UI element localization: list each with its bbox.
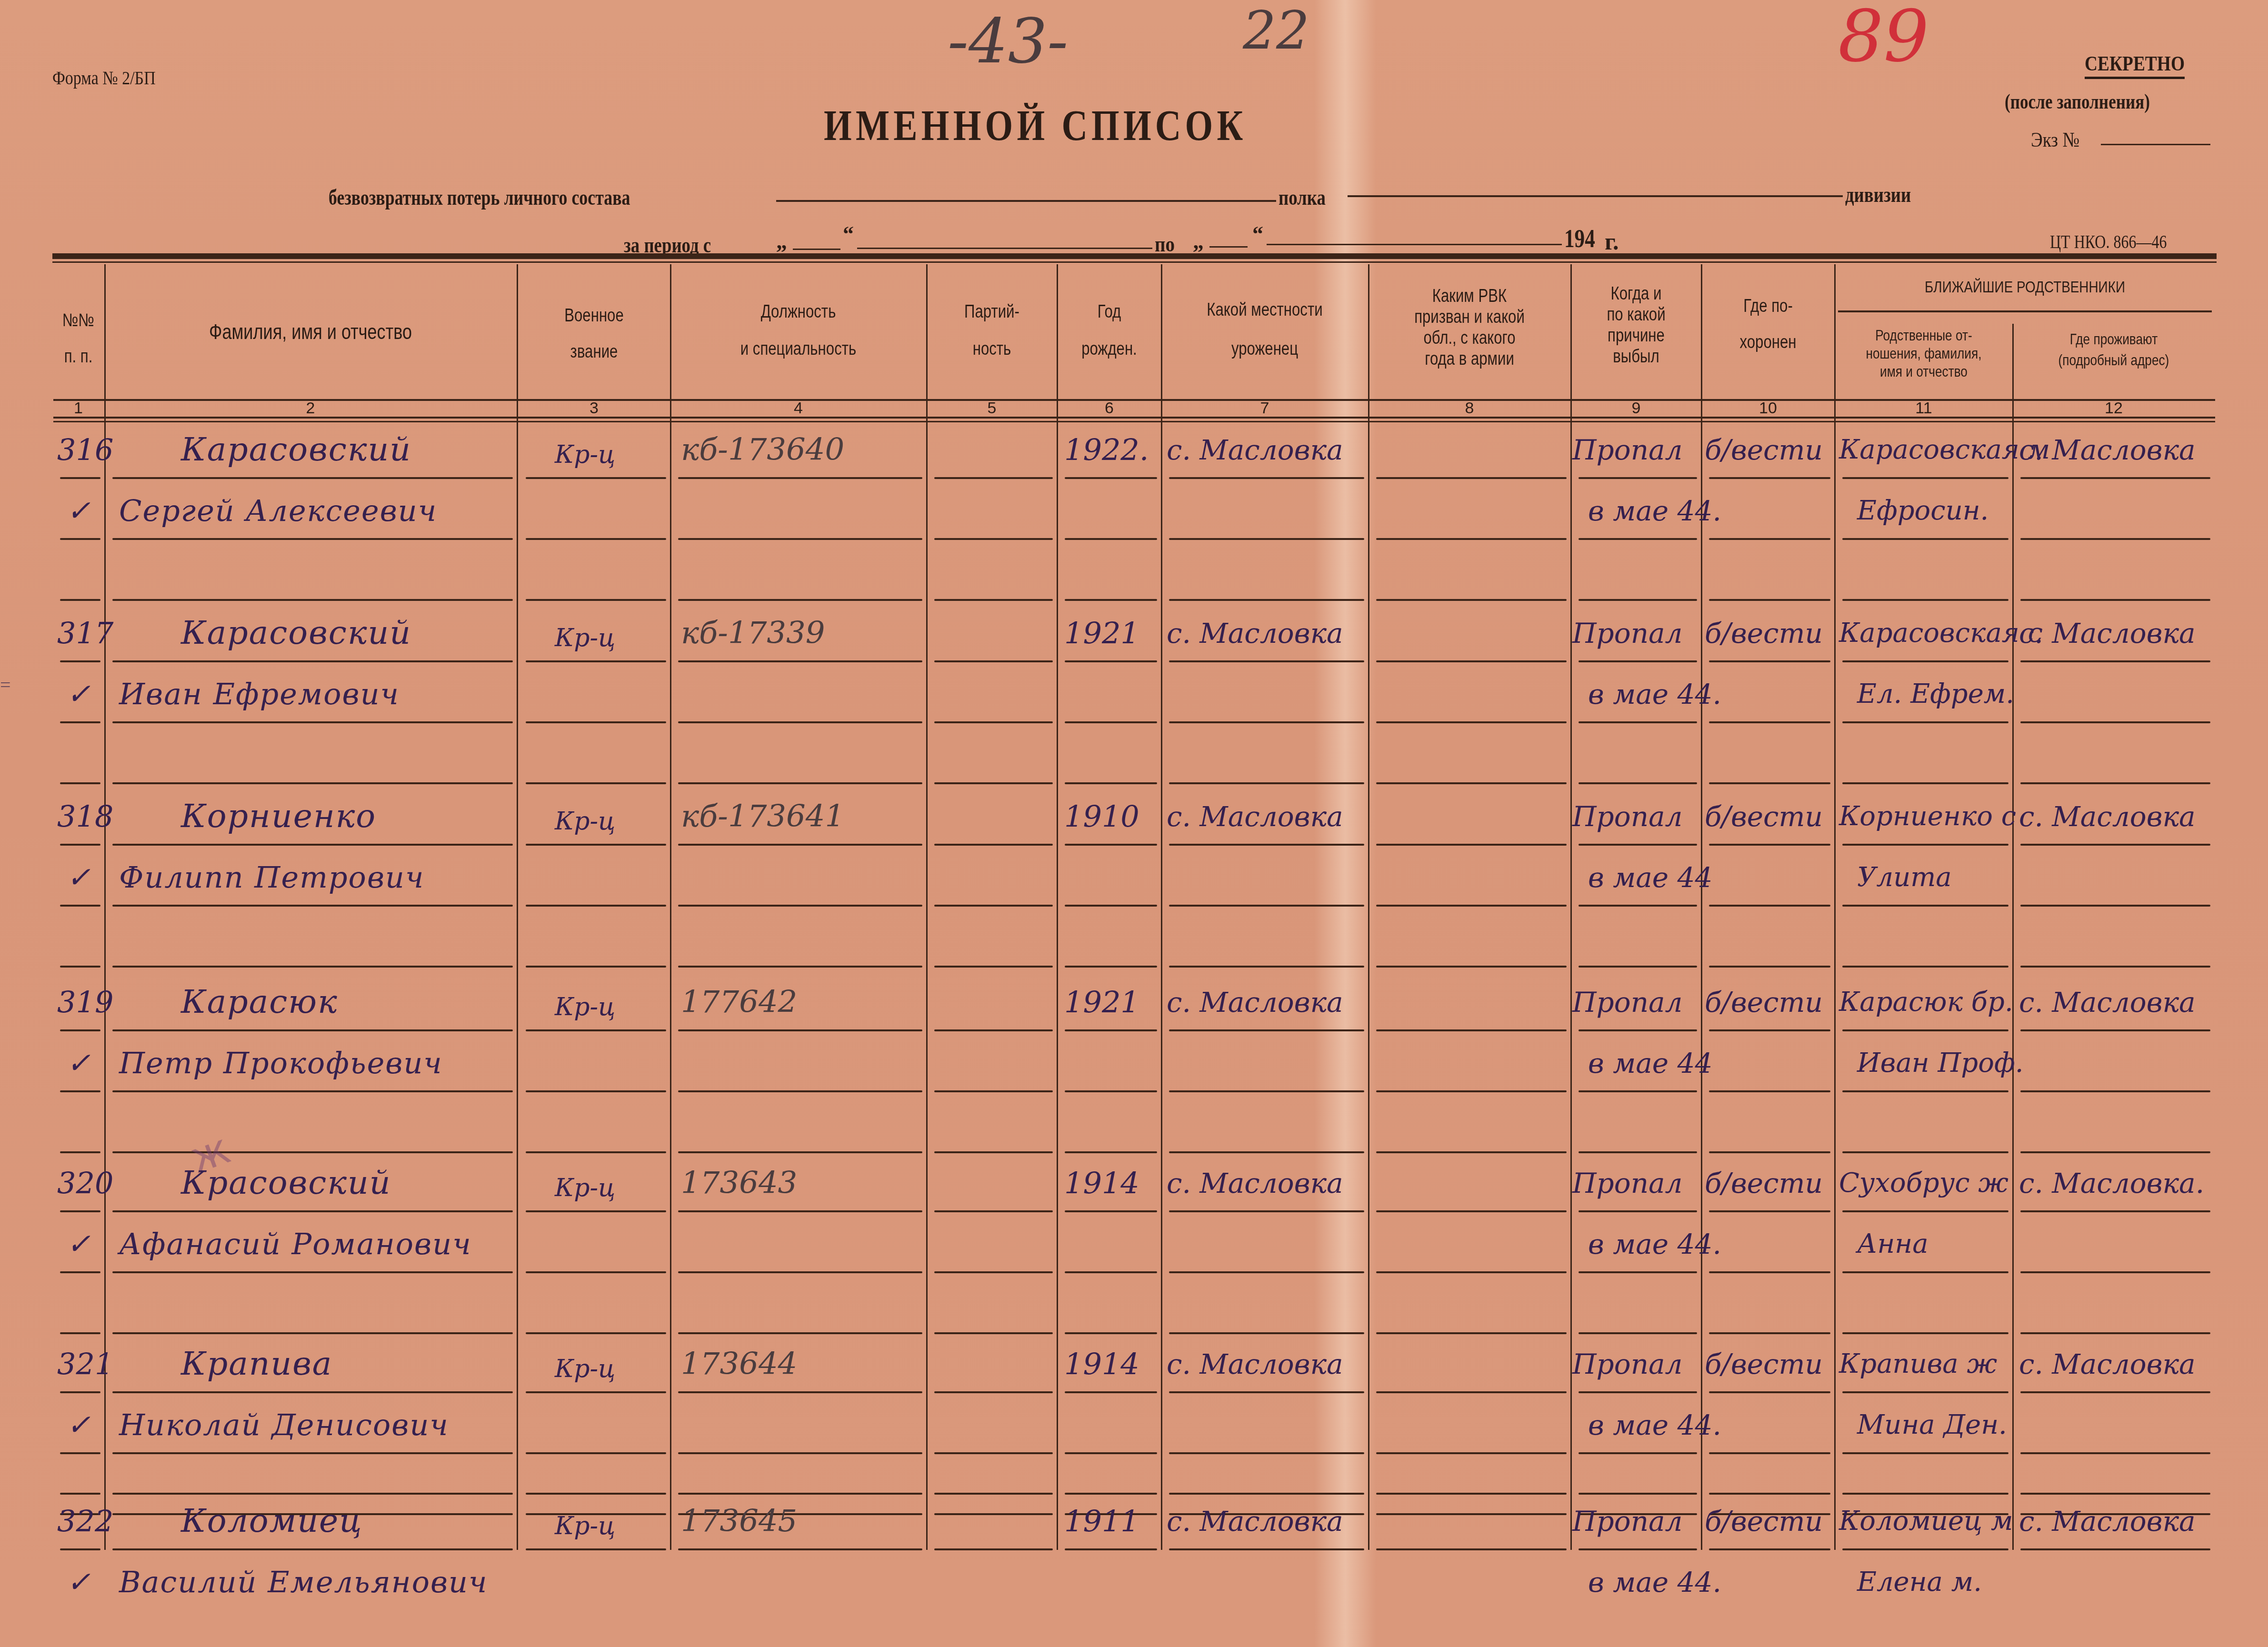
quote-open: „ (776, 229, 787, 254)
row-rule (526, 1151, 666, 1153)
row-rule (112, 721, 513, 723)
burial-place: б/вести (1705, 800, 1823, 833)
row-rule (1709, 1090, 1830, 1092)
row-rule (1169, 966, 1364, 968)
row-rule (1709, 1332, 1830, 1334)
row-rule (1376, 1513, 1567, 1515)
header-col-2: Фамилия, имя и отчество (142, 321, 478, 343)
row-rule (1579, 905, 1697, 907)
row-rule (1579, 1332, 1697, 1334)
row-rule (678, 660, 922, 662)
col-divider (2012, 324, 2014, 1550)
header-text: призван и какой (1388, 307, 1551, 328)
row-rule (1579, 1210, 1697, 1212)
birth-year: 1914 (1064, 1348, 1139, 1381)
military-rank: Кр-ц (555, 1171, 615, 1205)
position-number: 173644 (681, 1348, 797, 1381)
row-rule (1169, 538, 1364, 540)
row-rule (1709, 1391, 1830, 1393)
row-rule (678, 1090, 922, 1092)
row-rule (112, 538, 513, 540)
row-rule (1065, 1391, 1157, 1393)
row-rule (934, 1029, 1053, 1031)
row-rule (1065, 599, 1157, 601)
row-rule (1065, 1090, 1157, 1092)
row-rule (526, 905, 666, 907)
position-number: 177642 (681, 986, 797, 1019)
row-rule (1709, 1452, 1830, 1454)
row-rule (1842, 721, 2008, 723)
row-rule (1842, 905, 2008, 907)
header-text: года в армии (1388, 349, 1551, 369)
row-rule (526, 660, 666, 662)
check-mark: ✓ (67, 1047, 90, 1080)
relative-name: Коломиец м (1839, 1505, 2013, 1538)
secret-label: СЕКРЕТНО (2085, 51, 2185, 79)
row-rule (2020, 1332, 2210, 1334)
row-rule (112, 1151, 513, 1153)
row-rule (1579, 599, 1697, 601)
division-label: дивизии (1845, 182, 1911, 207)
row-rule (1709, 905, 1830, 907)
row-rule (1065, 1332, 1157, 1334)
row-rule (678, 1210, 922, 1212)
period-to-day-field[interactable] (1209, 246, 1248, 248)
row-rule (1579, 721, 1697, 723)
row-rule (1065, 477, 1157, 479)
row-rule (526, 1271, 666, 1273)
row-rule (526, 721, 666, 723)
group-header-relatives: БЛИЖАЙШИЕ РОДСТВЕННИКИ (1870, 276, 2180, 298)
row-rule (1169, 1210, 1364, 1212)
loss-date: в мае 44. (1588, 1566, 1721, 1599)
header-col-4: Должностьи специальность (694, 301, 902, 360)
header-col-5: Партий-ность (939, 301, 1044, 360)
header-col-9: Когда ипо какойпричиневыбыл (1583, 283, 1689, 367)
row-rule (2020, 1452, 2210, 1454)
position-number: 173645 (681, 1505, 797, 1538)
row-rule (678, 1452, 922, 1454)
row-rule (1169, 660, 1364, 662)
row-rule (1065, 905, 1157, 907)
given-name-patronymic: Афанасий Романович (119, 1228, 472, 1261)
row-rule (1709, 1271, 1830, 1273)
position-number: кб-173640 (681, 433, 844, 467)
row-rule (934, 1493, 1053, 1495)
row-rule (1169, 1391, 1364, 1393)
row-rule (934, 599, 1053, 601)
col-divider (1570, 264, 1572, 1550)
row-rule (1709, 1493, 1830, 1495)
row-rule (1709, 966, 1830, 968)
birth-year: 1911 (1064, 1505, 1139, 1538)
relative-name: Сухобрус ж (1839, 1167, 2008, 1200)
copy-number-field[interactable] (2101, 144, 2210, 145)
header-double-rule (53, 421, 2215, 422)
birthplace: с. Масловка (1167, 986, 1343, 1019)
birthplace: с. Масловка (1167, 1348, 1343, 1381)
row-rule (1169, 1548, 1364, 1550)
header-col-12: Где проживают(подробный адрес) (2032, 329, 2196, 370)
col-divider (670, 264, 671, 1550)
row-rule (1376, 844, 1567, 846)
row-rule (526, 1391, 666, 1393)
birthplace: с. Масловка (1167, 1505, 1343, 1538)
row-rule (1169, 1029, 1364, 1031)
loss-date: в мае 44 (1588, 861, 1712, 894)
row-rule (934, 1151, 1053, 1153)
row-rule (1579, 782, 1697, 784)
row-rule (678, 966, 922, 968)
row-rule (60, 782, 100, 784)
row-rule (678, 1391, 922, 1393)
relative-address: с. Масловка (2019, 1348, 2196, 1381)
row-rule (1376, 1332, 1567, 1334)
row-rule (2020, 1210, 2210, 1212)
archive-ref-mark-2: 22 (1243, 0, 1309, 61)
loss-date: в мае 44. (1588, 1408, 1721, 1442)
row-rule (1169, 905, 1364, 907)
header-text: и специальность (694, 338, 902, 360)
row-rule (1842, 782, 2008, 784)
row-rule (526, 1090, 666, 1092)
row-rule (2020, 1029, 2210, 1031)
row-rule (112, 1548, 513, 1550)
row-rule (1842, 966, 2008, 968)
surname: Карасовский (181, 433, 411, 467)
row-rule (60, 1391, 100, 1393)
header-text: рожден. (1067, 338, 1151, 360)
header-text: хоронен (1714, 331, 1822, 353)
row-rule (1065, 1151, 1157, 1153)
loss-status: Пропал (1572, 1348, 1683, 1381)
row-rule (1376, 1090, 1567, 1092)
row-rule (1065, 1452, 1157, 1454)
military-rank: Кр-ц (555, 990, 615, 1024)
row-rule (1709, 1210, 1830, 1212)
row-rule (1169, 599, 1364, 601)
row-rule (2020, 1391, 2210, 1393)
row-rule (112, 1210, 513, 1212)
page-title: ИМЕННОЙ СПИСОК (824, 100, 1247, 150)
loss-date: в мае 44 (1588, 1047, 1712, 1080)
row-rule (526, 782, 666, 784)
relative-name: Карасовская с (1839, 617, 2043, 650)
row-rule (60, 1271, 100, 1273)
row-rule (1065, 1029, 1157, 1031)
row-rule (934, 1513, 1053, 1515)
column-number: 8 (1369, 399, 1569, 418)
relative-address: с. Масловка (2019, 617, 2196, 650)
row-rule (112, 1090, 513, 1092)
row-rule (678, 1151, 922, 1153)
row-rule (1842, 1210, 2008, 1212)
row-rule (60, 477, 100, 479)
row-rule (112, 477, 513, 479)
row-rule (1169, 1090, 1364, 1092)
position-number: кб-173641 (681, 800, 844, 833)
row-rule (60, 660, 100, 662)
loss-status: Пропал (1572, 1505, 1683, 1538)
column-number: 9 (1572, 399, 1700, 418)
check-mark: ✓ (67, 1566, 90, 1599)
col-divider (517, 264, 518, 1550)
margin-mark: = (0, 674, 11, 696)
header-text: выбыл (1583, 346, 1689, 367)
row-rule (60, 1493, 100, 1495)
header-text: Какой местности (1181, 299, 1349, 321)
header-text: Военное (532, 305, 655, 327)
col-divider (1161, 264, 1162, 1550)
line1-blank-regiment[interactable] (1348, 195, 1843, 197)
row-rule (526, 1548, 666, 1550)
relative-address: с. Масловка (2019, 433, 2196, 467)
header-text: Родственные от- (1851, 326, 1996, 344)
loss-date: в мае 44. (1588, 678, 1721, 711)
row-rule (1579, 1452, 1697, 1454)
row-rule (112, 844, 513, 846)
row-rule (1579, 966, 1697, 968)
row-rule (1376, 721, 1567, 723)
relative-name: Карасюк бр. (1839, 986, 2013, 1019)
row-rule (1579, 844, 1697, 846)
row-rule (1709, 844, 1830, 846)
row-rule (60, 966, 100, 968)
column-number: 11 (1836, 399, 2012, 418)
header-text: (подробный адрес) (2032, 349, 2196, 370)
row-rule (678, 905, 922, 907)
row-rule (60, 599, 100, 601)
header-text: имя и отчество (1851, 362, 1996, 380)
surname: Красовский (181, 1167, 391, 1200)
row-rule (1376, 1210, 1567, 1212)
row-rule (1579, 1548, 1697, 1550)
header-text: ность (939, 338, 1044, 360)
row-rule (1169, 477, 1364, 479)
header-text: №№ (58, 309, 99, 331)
row-rule (112, 599, 513, 601)
relative-address: с. Масловка (2019, 1505, 2196, 1538)
row-rule (1169, 721, 1364, 723)
row-rule (526, 1332, 666, 1334)
row-rule (1579, 1391, 1697, 1393)
period-from-month-field[interactable] (857, 248, 1152, 249)
row-rule (934, 1271, 1053, 1273)
row-rule (112, 1452, 513, 1454)
row-rule (678, 844, 922, 846)
row-rule (60, 1452, 100, 1454)
column-number: 5 (928, 399, 1056, 418)
row-rule (678, 538, 922, 540)
row-rule (678, 1029, 922, 1031)
row-rule (1842, 660, 2008, 662)
archive-ref-mark: -43- (948, 5, 1068, 77)
relative-given-name: Ефросин. (1857, 494, 1988, 528)
given-name-patronymic: Петр Прокофьевич (119, 1047, 443, 1080)
birthplace: с. Масловка (1167, 800, 1343, 833)
row-rule (1065, 1548, 1157, 1550)
document-page: Форма № 2/БП -43- 22 89 ИМЕННОЙ СПИСОК С… (0, 0, 2268, 1647)
row-rule (60, 721, 100, 723)
row-rule (526, 1210, 666, 1212)
row-rule (2020, 966, 2210, 968)
row-rule (1376, 599, 1567, 601)
loss-status: Пропал (1572, 433, 1683, 467)
relative-address: с. Масловка. (2019, 1167, 2204, 1200)
column-number: 3 (519, 399, 669, 418)
row-rule (2020, 538, 2210, 540)
row-rule (1065, 1493, 1157, 1495)
birthplace: с. Масловка (1167, 617, 1343, 650)
row-rule (60, 1548, 100, 1550)
relative-given-name: Иван Проф. (1857, 1047, 2024, 1080)
row-rule (60, 905, 100, 907)
row-rule (1709, 538, 1830, 540)
surname: Корниенко (181, 800, 376, 833)
col-divider (926, 264, 928, 1550)
row-rule (1376, 1493, 1567, 1495)
row-rule (1842, 1151, 2008, 1153)
row-rule (1842, 1391, 2008, 1393)
copy-number-label: Экз № (2031, 128, 2079, 152)
row-rule (934, 844, 1053, 846)
row-rule (1169, 1271, 1364, 1273)
row-rule (60, 844, 100, 846)
row-rule (678, 1332, 922, 1334)
row-rule (60, 1090, 100, 1092)
given-name-patronymic: Иван Ефремович (119, 678, 400, 711)
row-rule (1709, 660, 1830, 662)
col-divider (1701, 264, 1702, 1550)
row-rule (112, 782, 513, 784)
burial-place: б/вести (1705, 1505, 1823, 1538)
row-rule (1842, 538, 2008, 540)
row-rule (112, 966, 513, 968)
birth-year: 1914 (1064, 1167, 1139, 1200)
row-rule (1842, 1548, 2008, 1550)
row-rule (1579, 477, 1697, 479)
header-col-7: Какой местностиуроженец (1181, 299, 1349, 360)
relative-name: Крапива ж (1839, 1348, 1997, 1381)
row-rule (526, 599, 666, 601)
military-rank: Кр-ц (555, 1352, 615, 1386)
col-divider (1834, 264, 1836, 1550)
row-rule (60, 1029, 100, 1031)
row-rule (934, 721, 1053, 723)
row-rule (934, 966, 1053, 968)
row-rule (1709, 782, 1830, 784)
row-rule (1579, 1151, 1697, 1153)
row-rule (1842, 1493, 2008, 1495)
birth-year: 1921 (1064, 986, 1139, 1019)
check-mark: ✓ (67, 1228, 90, 1261)
column-number: 4 (671, 399, 925, 418)
row-rule (934, 477, 1053, 479)
header-text: звание (532, 341, 655, 363)
column-number: 12 (2014, 399, 2214, 418)
row-rule (1842, 1029, 2008, 1031)
check-mark: ✓ (67, 861, 90, 894)
surname: Карасюк (181, 986, 338, 1019)
row-rule (1842, 477, 2008, 479)
line1-blank-unit[interactable] (776, 200, 1276, 202)
military-rank: Кр-ц (555, 805, 615, 838)
row-rule (678, 782, 922, 784)
row-rule (1579, 1271, 1697, 1273)
row-rule (526, 477, 666, 479)
quote-close-2: “ (1252, 221, 1263, 247)
row-rule (2020, 721, 2210, 723)
loss-status: Пропал (1572, 800, 1683, 833)
check-mark: ✓ (67, 494, 90, 528)
row-rule (1376, 966, 1567, 968)
position-number: кб-17339 (681, 617, 825, 650)
row-rule (1842, 844, 2008, 846)
row-rule (1842, 1332, 2008, 1334)
birth-year: 1921 (1064, 617, 1139, 650)
row-rule (1376, 660, 1567, 662)
row-rule (112, 905, 513, 907)
header-text: Когда и (1583, 283, 1689, 304)
relative-given-name: Анна (1857, 1228, 1928, 1261)
row-rule (934, 1332, 1053, 1334)
row-number: 320 (57, 1167, 113, 1200)
row-rule (934, 905, 1053, 907)
row-rule (1709, 477, 1830, 479)
loss-date: в мае 44. (1588, 494, 1721, 528)
row-number: 317 (57, 617, 113, 650)
surname: Коломиец (181, 1505, 363, 1538)
row-rule (2020, 1548, 2210, 1550)
burial-place: б/вести (1705, 433, 1823, 467)
header-col-6: Годрожден. (1067, 301, 1151, 360)
period-to-month-field[interactable] (1267, 244, 1562, 245)
row-rule (1579, 1029, 1697, 1031)
col-divider (1057, 264, 1058, 1550)
row-rule (526, 966, 666, 968)
military-rank: Кр-ц (555, 621, 615, 655)
surname: Крапива (181, 1348, 332, 1381)
header-col-3: Военноезвание (532, 305, 655, 363)
row-rule (112, 1391, 513, 1393)
loss-status: Пропал (1572, 986, 1683, 1019)
row-rule (678, 1271, 922, 1273)
row-rule (2020, 660, 2210, 662)
row-rule (1169, 1493, 1364, 1495)
column-number: 2 (106, 399, 515, 418)
row-rule (1376, 477, 1567, 479)
row-rule (1579, 1493, 1697, 1495)
period-from-day-field[interactable] (793, 249, 840, 250)
given-name-patronymic: Сергей Алексеевич (119, 494, 437, 528)
row-rule (678, 599, 922, 601)
relative-name: Карасовская м (1839, 433, 2050, 467)
row-rule (1709, 599, 1830, 601)
row-rule (934, 782, 1053, 784)
row-rule (2020, 477, 2210, 479)
check-mark: ✓ (67, 1408, 90, 1442)
row-rule (2020, 782, 2210, 784)
row-rule (1065, 538, 1157, 540)
row-rule (526, 1452, 666, 1454)
row-rule (2020, 1493, 2210, 1495)
row-rule (1579, 660, 1697, 662)
row-rule (2020, 905, 2210, 907)
printer-code: ЦТ НКО. 866—46 (2050, 230, 2167, 253)
header-text: Где проживают (2032, 329, 2196, 349)
row-rule (526, 1029, 666, 1031)
row-rule (2020, 844, 2210, 846)
